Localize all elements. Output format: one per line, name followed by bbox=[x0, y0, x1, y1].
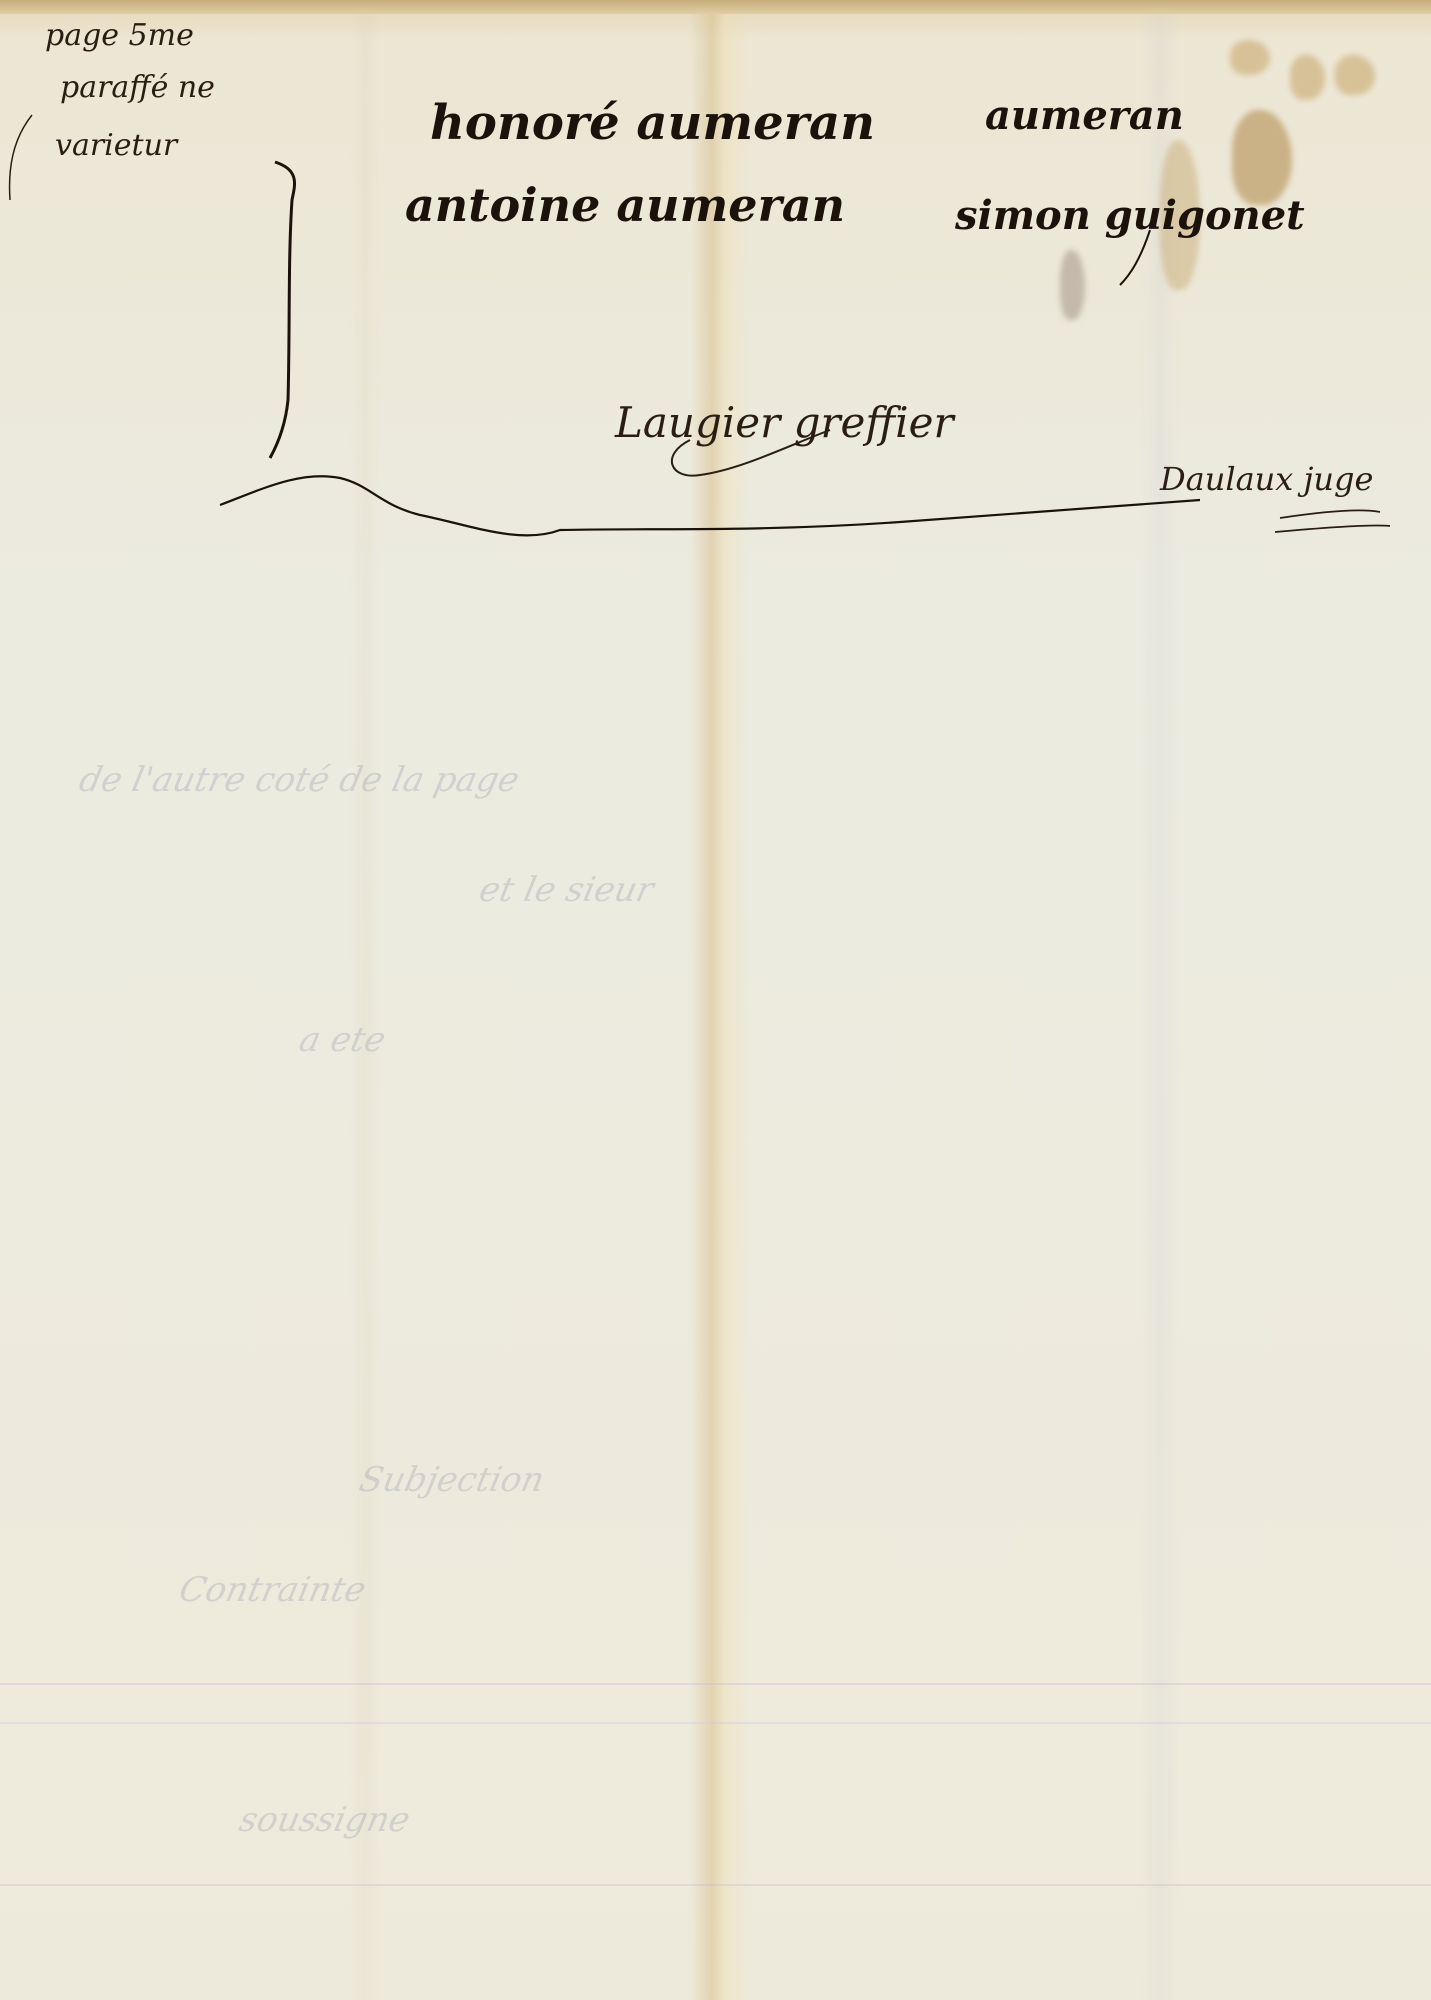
manuscript-page: de l'autre coté de la page et le sieur a… bbox=[0, 0, 1431, 2000]
guigonet-flourish-stroke bbox=[1120, 230, 1150, 285]
laugier-paraph-stroke bbox=[672, 430, 830, 476]
pen-strokes bbox=[0, 0, 1431, 2000]
flourish-line-stroke bbox=[220, 476, 1200, 535]
daulaux-paraph-stroke bbox=[1275, 510, 1390, 532]
margin-bracket-stroke bbox=[270, 162, 295, 458]
left-paren-stroke bbox=[10, 115, 32, 200]
